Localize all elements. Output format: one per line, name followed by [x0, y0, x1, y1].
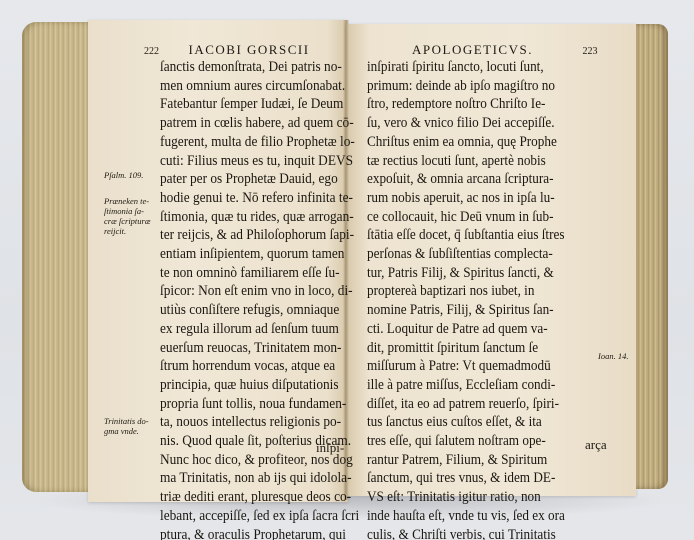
text-line: tres eſſe, qui ſalutem noſtram ope- [367, 432, 565, 451]
text-line: ſtātia eſſe docet, q̄ ſubſtantia eius ſt… [367, 226, 565, 245]
text-line: ſtro, redemptore noſtro Chriſto Ie- [367, 95, 565, 114]
text-line: cti. Loquitur de Patre ad quem va- [367, 320, 565, 339]
text-line: men omnium aures circumſonabat. [160, 77, 359, 96]
left-page-edges [22, 22, 92, 492]
text-line: lebant, accepiſſe, ſed ex ipſa ſacra ſcr… [160, 507, 359, 526]
text-line: ce collocauit, hic Deū vnum in ſub- [367, 208, 565, 227]
text-line: miſſurum à Patre: Vt quemadmodū [367, 357, 565, 376]
margin-note-ioan: Ioan. 14. [598, 351, 628, 361]
text-line: culis, & Chriſti verbis, cui Trinitatis [367, 526, 565, 540]
text-line: ſpicor: Non eſt enim vno in loco, di- [160, 282, 359, 301]
margin-note-psalm: Pſalm. 109. [104, 170, 143, 180]
text-line: tæ rectius locuti ſunt, apertè nobis [367, 152, 565, 171]
text-line: euerſum reuocas, Trinitatem mon- [160, 339, 359, 358]
left-page-text: ſanctis demonſtrata, Dei patris no-men o… [160, 58, 359, 540]
text-line: tur, Patris Filij, & Spiritus ſancti, & [367, 264, 565, 283]
text-line: Fatebantur ſemper Iudæi, ſe Deum [160, 95, 359, 114]
text-line: expoſuit, & omnia arcana ſcriptura- [367, 170, 565, 189]
text-line: ſanctum, qui tres vnus, & idem DE- [367, 469, 565, 488]
text-line: ſu, vero & vnico filio Dei accepiſſe. [367, 114, 565, 133]
text-line: diſſet, ita eo ad patrem reuerſo, ſpiri- [367, 395, 565, 414]
right-running-head: APOLOGETICVS. 223 [412, 42, 597, 58]
text-line: ter reijcis, & ad Philoſophorum ſapi- [160, 226, 359, 245]
text-line: rantur Patrem, Filium, & Spiritum [367, 451, 565, 470]
text-line: nomine Patris, Filij, & Spiritus ſan- [367, 301, 565, 320]
left-catchword: inſpi- [316, 440, 344, 456]
text-line: triæ dediti erant, pluresque deos co- [160, 488, 359, 507]
text-line: VS eſt: Trinitatis igitur ratio, non [367, 488, 565, 507]
text-line: ille à patre miſſus, Eccleſiam condi- [367, 376, 565, 395]
text-line: Chriſtus enim ea omnia, quę Prophe [367, 133, 565, 152]
text-line: cuti: Filius meus es tu, inquit DEVS [160, 152, 359, 171]
text-line: dit, promittit ſpiritum ſanctum ſe [367, 339, 565, 358]
text-line: principia, quæ huius diſputationis [160, 376, 359, 395]
right-page-edges [632, 24, 668, 489]
right-catchword: arça [585, 437, 607, 453]
text-line: ma Trinitatis, non ab ijs qui idolola- [160, 469, 359, 488]
text-line: ta, nouos intellectus religionis po- [160, 413, 359, 432]
right-folio: 223 [582, 46, 597, 57]
text-line: te non omninò familiarem eſſe ſu- [160, 264, 359, 283]
text-line: inde hauſta eſt, vnde tu vis, ſed ex ora [367, 507, 565, 526]
left-running-title: IACOBI GORSCII [189, 42, 310, 57]
text-line: rum nobis aperuit, ac nos in ipſa lu- [367, 189, 565, 208]
text-line: primum: deinde ab ipſo magiſtro no [367, 77, 565, 96]
text-line: proptereà baptizari nos iubet, in [367, 282, 565, 301]
text-line: hodie genui te. Nō refero infinita te- [160, 189, 359, 208]
right-running-title: APOLOGETICVS. [412, 42, 533, 57]
text-line: ſanctis demonſtrata, Dei patris no- [160, 58, 359, 77]
text-line: entiam inſipientem, quorum tamen [160, 245, 359, 264]
text-line: tus ſanctus eius cuſtos eſſet, & ita [367, 413, 565, 432]
text-line: ex regula illorum ad ſenſum tuum [160, 320, 359, 339]
text-line: utiùs conſiſtere refugis, omniaque [160, 301, 359, 320]
text-line: propria ſunt tollis, noua fundamen- [160, 395, 359, 414]
left-running-head: 222 IACOBI GORSCII [144, 42, 310, 58]
text-line: perſonas & ſubſiſtentias complecta- [367, 245, 565, 264]
text-line: fugerent, multa de filio Prophetæ lo- [160, 133, 359, 152]
right-page-text: inſpirati ſpiritu ſancto, locuti ſunt,pr… [367, 58, 565, 540]
margin-note-trinitatis: Trinitatis do- gma vnde. [104, 416, 149, 436]
text-line: pater per os Prophetæ Dauid, ego [160, 170, 359, 189]
left-folio: 222 [144, 46, 159, 57]
margin-note-testimonia: Præneken te- ſtimonia ſa- cræ ſcripturæ … [104, 196, 151, 236]
text-line: ſtrum horrendum vocas, atque ea [160, 357, 359, 376]
text-line: inſpirati ſpiritu ſancto, locuti ſunt, [367, 58, 565, 77]
text-line: ptura, & oraculis Prophetarum, qui [160, 526, 359, 540]
text-line: patrem in cœlis habere, ad quem cō- [160, 114, 359, 133]
text-line: ſtimonia, quæ tu rides, quæ arrogan- [160, 208, 359, 227]
